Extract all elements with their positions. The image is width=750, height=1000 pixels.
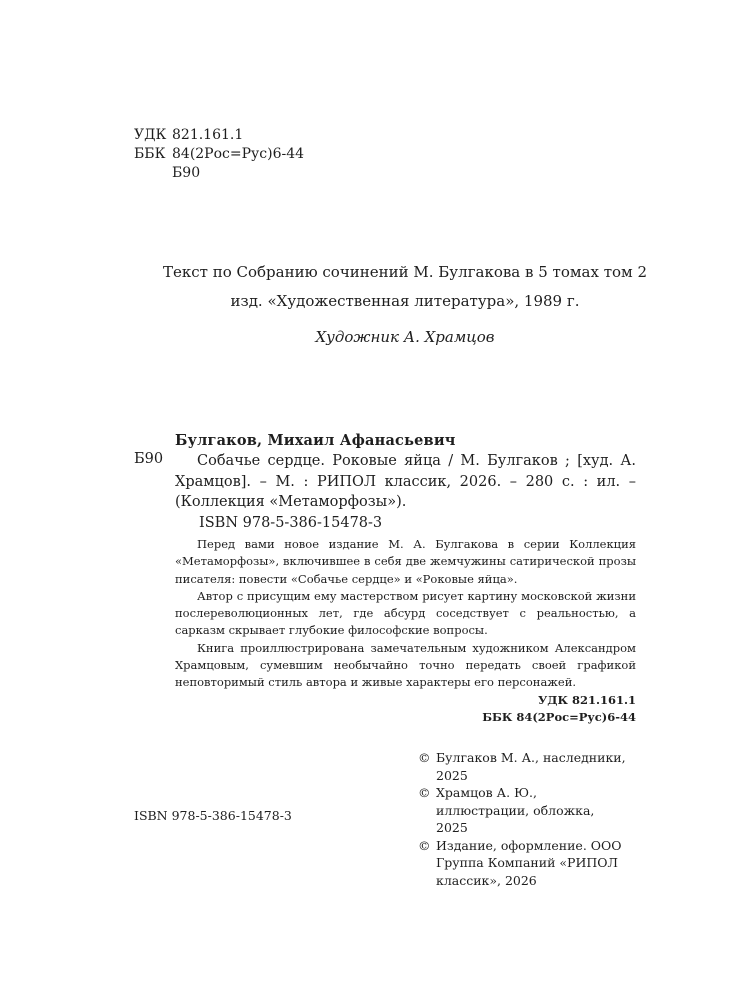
udk-bold: УДК 821.161.1 xyxy=(482,692,636,709)
source-note-line-1: Текст по Собранию сочинений М. Булгакова… xyxy=(150,258,660,287)
copyright-item: © Издание, оформление. ООО Группа Компан… xyxy=(418,837,641,890)
copyright-item: © Булгаков М. А., наследники, 2025 xyxy=(418,749,641,784)
udk-label: УДК xyxy=(134,126,172,145)
copyright-block: © Булгаков М. А., наследники, 2025 © Хра… xyxy=(418,749,641,889)
bbk-bold: ББК 84(2Рос=Рус)6-44 xyxy=(482,709,636,726)
copyright-icon: © xyxy=(418,837,436,890)
source-note-line-2: изд. «Художественная литература», 1989 г… xyxy=(150,287,660,316)
udk-value: 821.161.1 xyxy=(172,126,243,145)
annotation-paragraph: Книга проиллюстрирована замечательным ху… xyxy=(175,640,636,692)
catalog-isbn: ISBN 978-5-386-15478-3 xyxy=(199,515,382,531)
bbk-label: ББК xyxy=(134,145,172,164)
source-note: Текст по Собранию сочинений М. Булгакова… xyxy=(150,258,660,316)
classification-bold: УДК 821.161.1 ББК 84(2Рос=Рус)6-44 xyxy=(482,692,636,726)
copyright-icon: © xyxy=(418,784,436,837)
isbn-footer: ISBN 978-5-386-15478-3 xyxy=(134,808,292,823)
annotation-paragraph: Автор с присущим ему мастерством рисует … xyxy=(175,588,636,640)
copyright-icon: © xyxy=(418,749,436,784)
classification-codes: УДК 821.161.1 ББК 84(2Рос=Рус)6-44 Б90 xyxy=(134,126,304,183)
annotation: Перед вами новое издание М. А. Булгакова… xyxy=(175,536,636,692)
author-mark: Б90 xyxy=(134,164,304,183)
catalog-description: Собачье сердце. Роковые яйца / М. Булгак… xyxy=(175,451,636,513)
copyright-item: © Храмцов А. Ю., иллюстрации, обложка, 2… xyxy=(418,784,641,837)
bbk-value: 84(2Рос=Рус)6-44 xyxy=(172,145,304,164)
artist-credit: Художник А. Храмцов xyxy=(150,328,660,346)
annotation-paragraph: Перед вами новое издание М. А. Булгакова… xyxy=(175,536,636,588)
catalog-author: Булгаков, Михаил Афанасьевич xyxy=(175,432,456,449)
catalog-author-mark: Б90 xyxy=(134,451,163,467)
